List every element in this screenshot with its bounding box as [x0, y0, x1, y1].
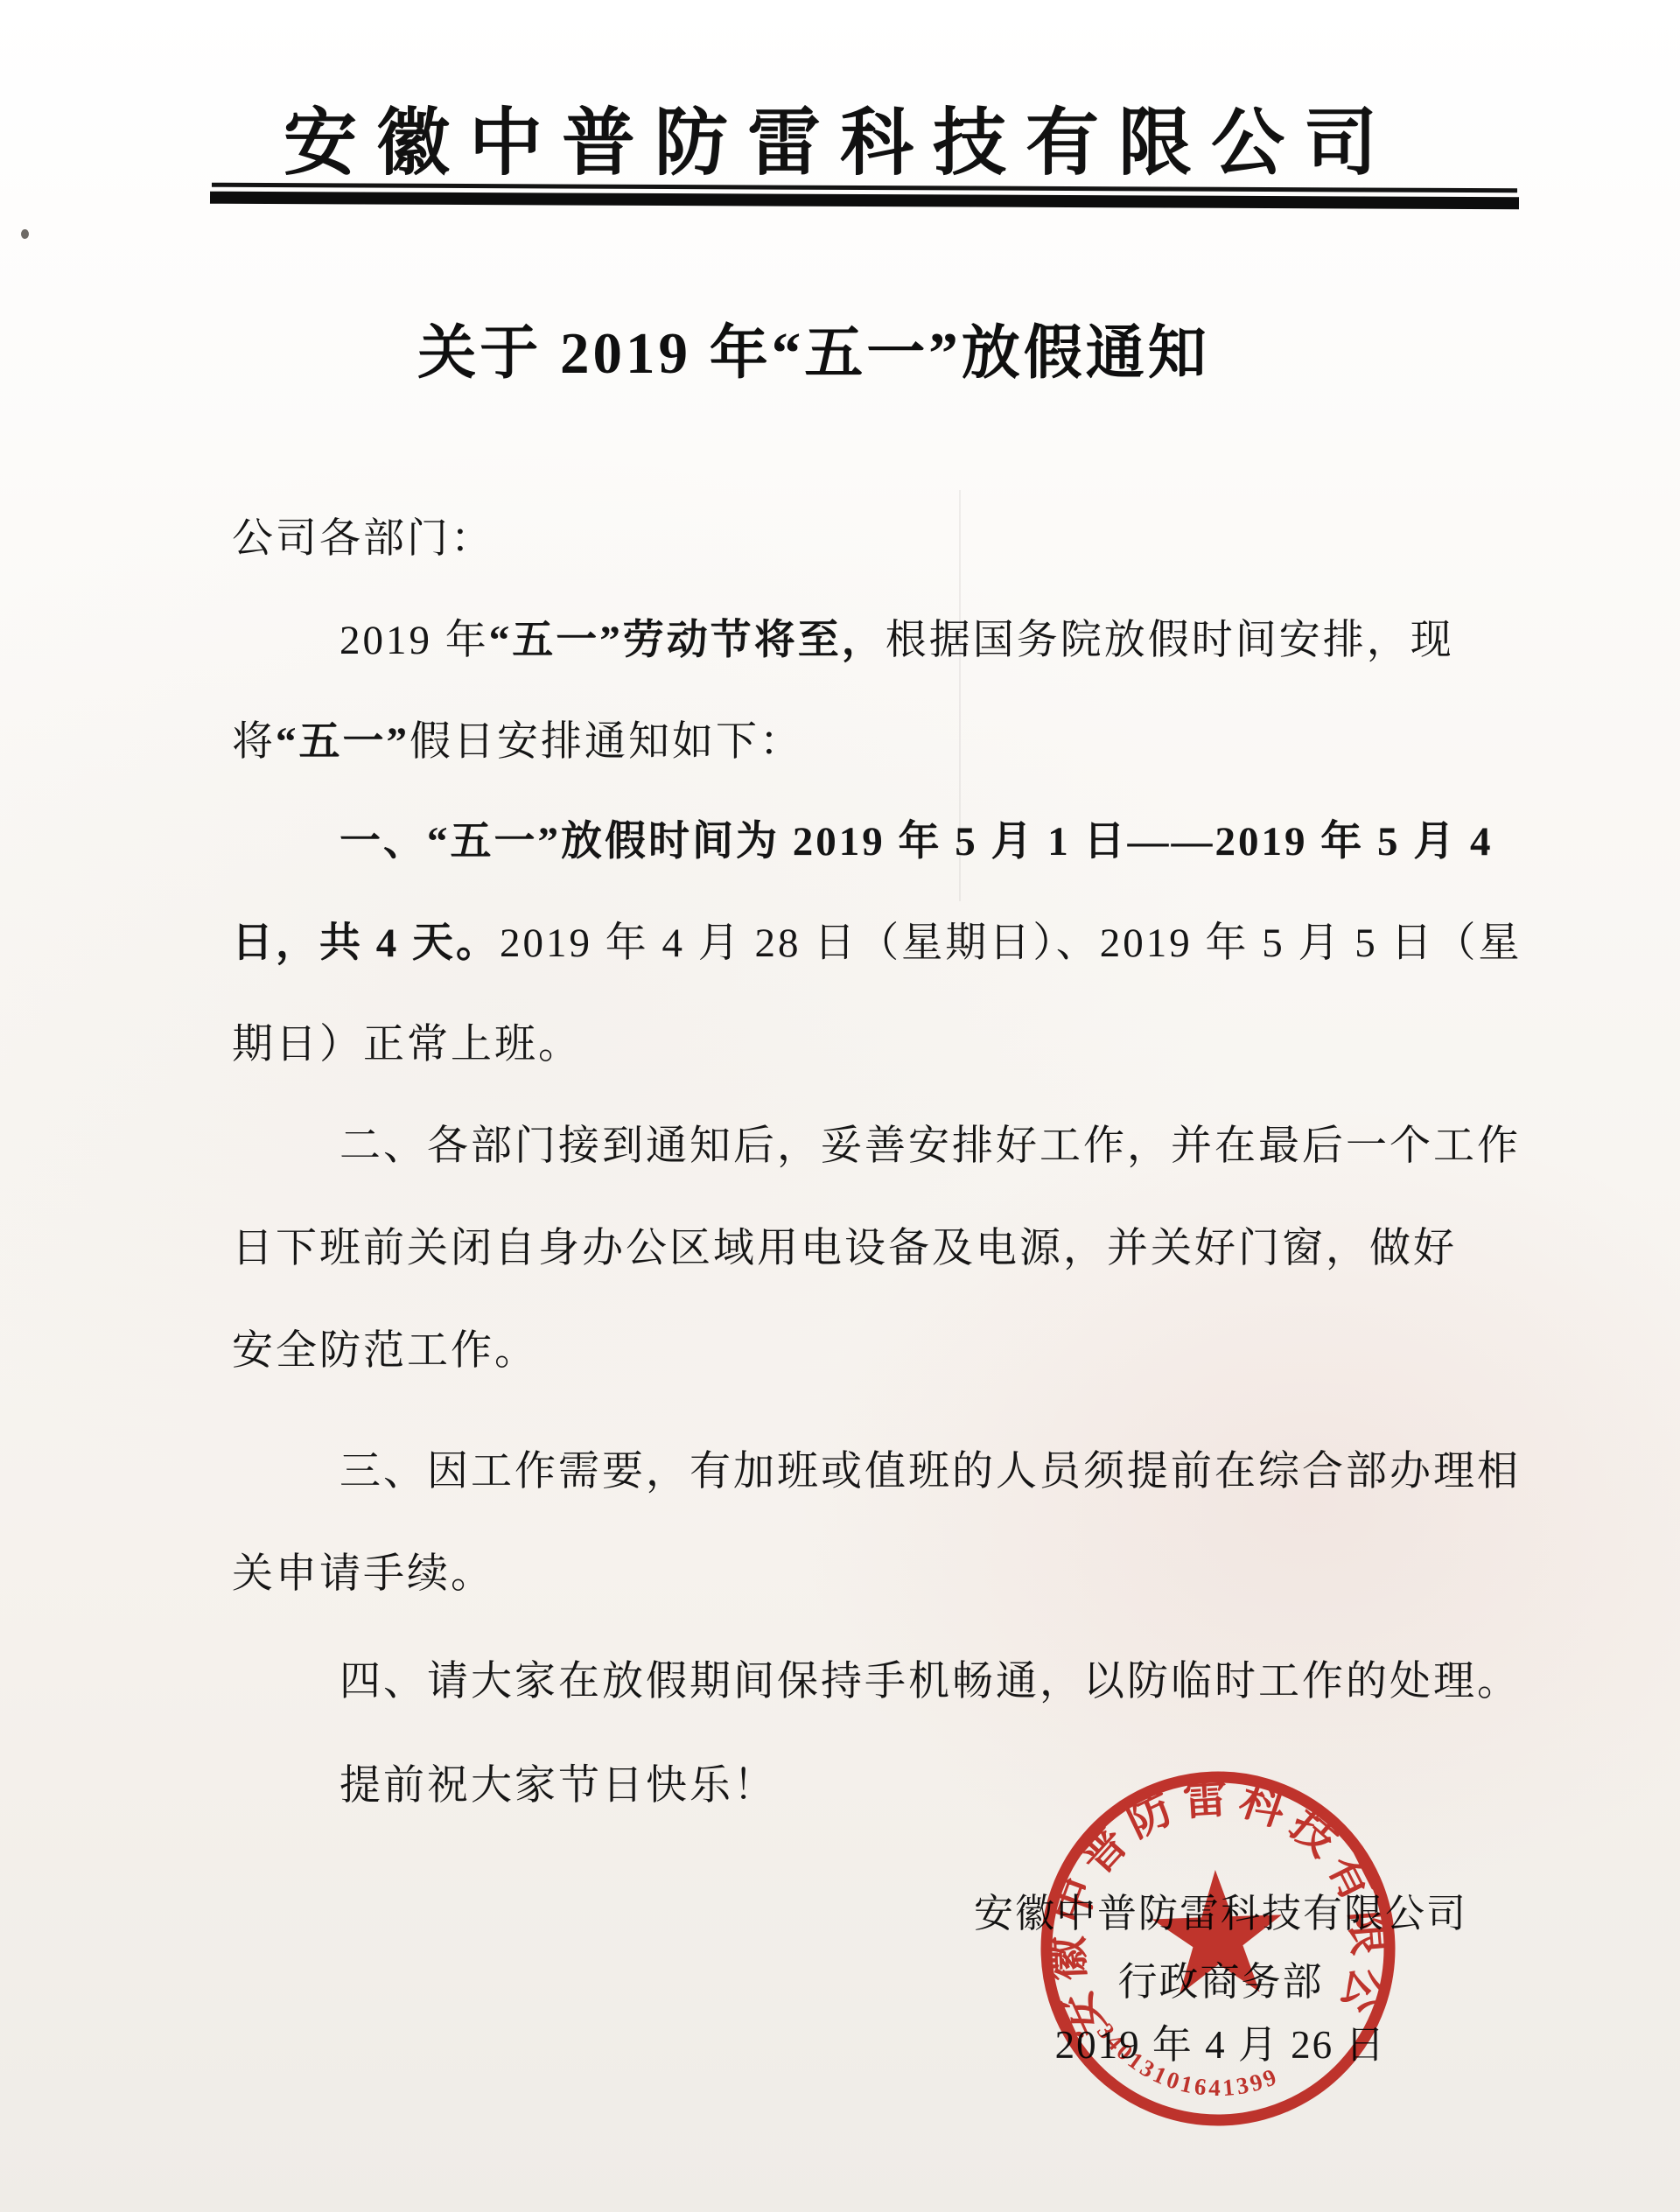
body-line: 2019 年“五一”劳动节将至，根据国务院放假时间安排，现 [339, 607, 1454, 666]
body-line: 将“五一”假日安排通知如下： [232, 709, 803, 767]
document-title: 关于 2019 年“五一”放假通知 [0, 306, 1627, 390]
letterhead-rule-thick [210, 192, 1519, 210]
company-letterhead: 安徽中普防雷科技有限公司 [0, 84, 1680, 190]
body-line: 日，共 4 天。2019 年 4 月 28 日（星期日）、2019 年 5 月 … [232, 910, 1522, 969]
body-line: 日下班前关闭自身办公区域用电设备及电源，并关好门窗，做好 [232, 1215, 1457, 1274]
scan-artifact-dot [21, 229, 29, 239]
body-line-item-3: 三、因工作需要，有加班或值班的人员须提前在综合部办理相 [339, 1438, 1521, 1497]
body-line: 期日）正常上班。 [232, 1011, 582, 1070]
body-line-item-4: 四、请大家在放假期间保持手机畅通，以防临时工作的处理。 [339, 1648, 1521, 1707]
company-seal-stamp: 安徽中普防雷科技有限公司 34013101641399 [1032, 1763, 1403, 2134]
body-line: 关申请手续。 [232, 1541, 494, 1599]
body-line-item-2: 二、各部门接到通知后，妥善安排好工作，并在最后一个工作 [339, 1113, 1521, 1172]
body-line-item-1: 一、“五一”放假时间为 2019 年 5 月 1 日——2019 年 5 月 4 [339, 808, 1494, 867]
body-line: 安全防范工作。 [232, 1318, 538, 1376]
salutation-line: 公司各部门： [232, 506, 494, 564]
star-icon [1151, 1867, 1284, 1995]
body-line: 提前祝大家节日快乐！ [339, 1753, 777, 1811]
